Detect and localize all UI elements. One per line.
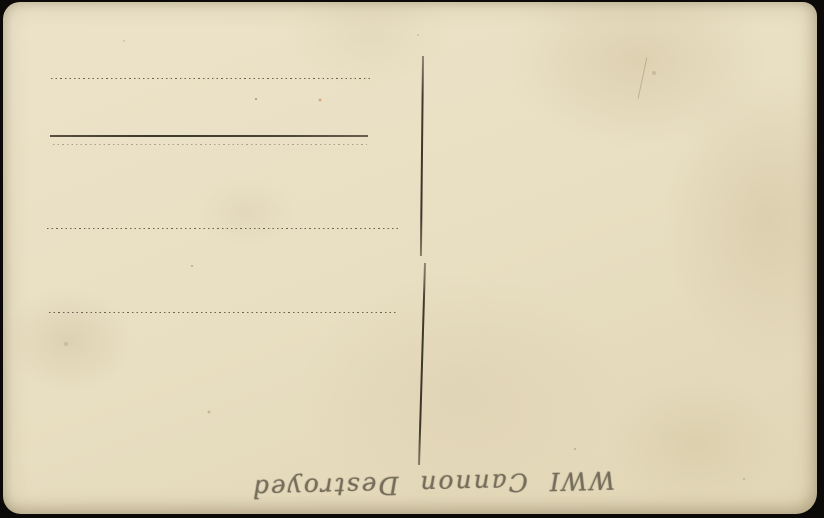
handwritten-caption: WWI Cannon Destroyed <box>211 457 656 514</box>
scan-backdrop: WWI Cannon Destroyed <box>0 0 824 518</box>
paper-specks <box>3 2 5 4</box>
address-rule-dotted-4 <box>49 312 396 314</box>
address-rule-solid <box>50 135 368 137</box>
address-rule-dotted-1 <box>51 78 373 80</box>
paper-scratch <box>638 57 648 98</box>
center-divider-upper <box>420 56 424 256</box>
handwritten-caption-text: WWI Cannon Destroyed <box>251 466 616 504</box>
center-divider-lower <box>418 263 426 465</box>
address-rule-dotted-3 <box>47 228 399 230</box>
address-rule-dotted-2 <box>53 144 367 146</box>
postcard-surface: WWI Cannon Destroyed <box>3 2 817 514</box>
